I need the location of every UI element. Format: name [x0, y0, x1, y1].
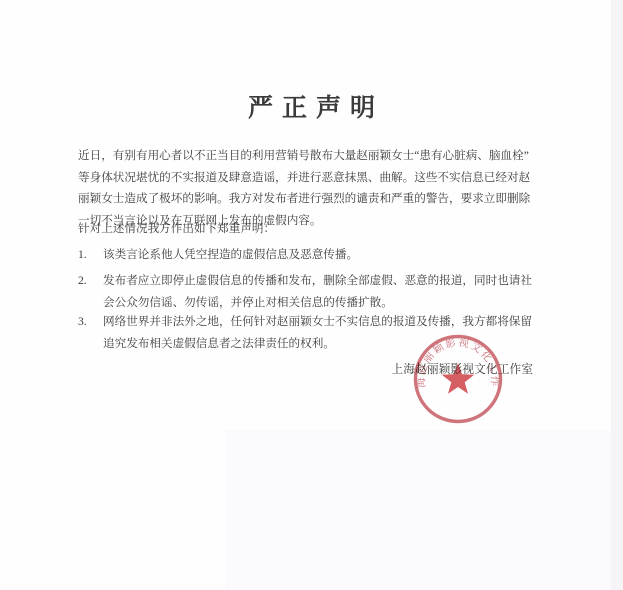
item-text: 该类言论系他人凭空捏造的虚假信息及恶意传播。: [103, 244, 358, 266]
item-text: 发布者应立即停止虚假信息的传播和发布，删除全部虚假、恶意的报道，同时也请社 会公…: [103, 270, 532, 313]
photo-tint: [225, 430, 611, 590]
item-number: 2.: [78, 270, 87, 292]
statement-title: 严正声明: [0, 88, 623, 124]
statement-document: 严正声明 近日，有别有用心者以不正当目的利用营销号散布大量赵丽颖女士“患有心脏病…: [0, 0, 623, 590]
item-number: 1.: [78, 244, 87, 266]
official-seal: 上海赵丽颖影视文化工作室: [410, 331, 506, 427]
seal-star-icon: [442, 363, 474, 394]
declaration-lead: 针对上述情况我方作出如下郑重声明：: [78, 218, 275, 240]
item-number: 3.: [78, 311, 87, 333]
